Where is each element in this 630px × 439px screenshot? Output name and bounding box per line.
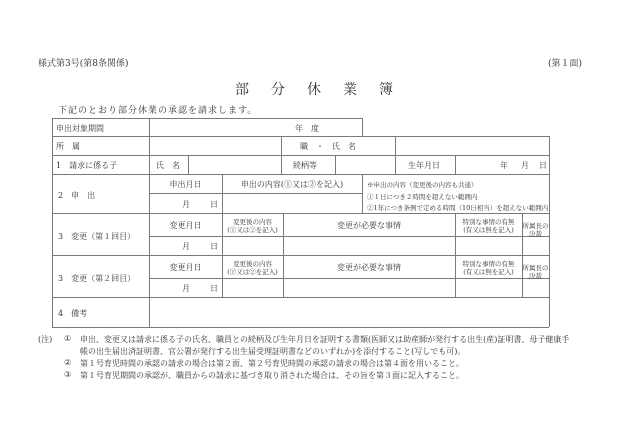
change2-date-day: 日 [210,283,218,294]
request-label: 2 申 出 [58,190,95,201]
form-number: 様式第3号(第8条関係) [38,56,128,69]
period-year-suffix: 年 度 [295,123,319,134]
change2-label: 3 変更（第２回目） [58,273,135,284]
table-border [281,136,282,155]
table-border [52,255,549,256]
change1-special-header-line2: (有又は無を記入) [463,226,514,234]
change1-content-input[interactable] [222,236,283,255]
change2-special-input[interactable] [455,278,522,297]
change2-reason-header: 変更が必要な事情 [283,262,455,273]
note-2-line1: 第１号育児時間の承認の請求の場合は第２面、第２号育児時間の承認の請求の場合は第４… [80,358,464,369]
dob-year: 年 [500,160,508,171]
table-border [549,136,550,327]
note-3-num: ③ [64,370,71,379]
request-note-2: ①１日につき２時間を超えない範囲内 [367,193,477,201]
change1-date-month: 月 [182,241,190,252]
page-label: (第１面) [548,56,582,69]
request-content-header: 申出の内容(①又は②を記入) [222,179,362,190]
affiliation-label: 所 属 [56,141,80,152]
dob-month: 月 [521,160,529,171]
change1-content-header: 変更後の内容(①又は②を記入) [222,218,283,234]
change1-reason-header: 変更が必要な事情 [283,220,455,231]
change2-content-header-line1: 変更後の内容 [233,260,272,268]
change2-content-header: 変更後の内容(①又は②を記入) [222,260,283,276]
table-border [362,118,363,136]
title-char: 簿 [379,79,395,99]
request-date-month: 月 [182,199,190,210]
note-1-num: ① [64,334,71,343]
change1-special-header: 特別な事情の有無(有又は無を記入) [455,218,522,234]
change2-date-header: 変更月日 [149,262,222,273]
table-border [52,174,549,175]
period-input[interactable] [149,118,362,136]
notes-prefix: (注) [38,334,52,345]
change1-date-day: 日 [210,241,218,252]
change1-content-header-line1: 変更後の内容 [233,218,272,226]
table-border [362,174,363,213]
relation-label: 続柄等 [293,160,317,171]
period-label: 申出対象期間 [56,123,104,134]
child-name-input[interactable] [188,155,281,174]
change1-reason-input[interactable] [283,236,455,255]
position-name-label: 職 ・ 氏 名 [300,141,356,152]
note-1-line1: 申出、変更又は請求に係る子の氏名、職員との続柄及び生年月日を証明する書類(医師又… [80,334,569,345]
note-3-line1: 第１号育児期間の承認が、職員からの請求に基づき取り消された場合は、その旨を第３面… [80,370,464,381]
note-2-num: ② [64,358,71,367]
request-date-header: 申出月日 [149,179,222,190]
title-char: 業 [343,79,359,99]
child-label: 1 請求に係る子 [56,160,117,171]
change2-decision-input[interactable] [522,278,549,297]
change2-special-header: 特別な事情の有無(有又は無を記入) [455,260,522,276]
request-date-day: 日 [210,199,218,210]
table-border [52,213,549,214]
dob-day: 日 [539,160,547,171]
page-title: 部分休業簿 [0,79,630,99]
change1-special-header-line1: 特別な事情の有無 [463,218,515,226]
table-border [281,155,282,174]
position-name-input[interactable] [395,136,549,155]
request-note-1: ※申出の内容（変更後の内容も共通） [367,181,478,189]
remarks-label: 4 備考 [58,308,87,319]
request-content-input[interactable] [222,193,362,213]
title-char: 休 [307,79,323,99]
title-char: 部 [235,79,251,99]
dob-label: 生年月日 [408,160,440,171]
change2-date-month: 月 [182,283,190,294]
change2-reason-input[interactable] [283,278,455,297]
title-char: 分 [271,79,287,99]
change2-special-header-line1: 特別な事情の有無 [463,260,515,268]
table-border [395,155,396,174]
intro-text: 下記のとおり部分休業の承認を請求します。 [58,103,257,116]
note-1-line2: 帳の出生届出済証明書、官公署が発行する出生届受理証明書などのいずれか)を添付する… [80,346,465,357]
change1-special-input[interactable] [455,236,522,255]
table-border [52,118,53,327]
table-border [52,327,549,328]
relation-input[interactable] [335,155,395,174]
change1-decision-input[interactable] [522,236,549,255]
affiliation-input[interactable] [149,136,281,155]
change1-content-header-line2: (①又は②を記入) [227,226,278,234]
remarks-input[interactable] [149,297,549,327]
change1-label: 3 変更（第１回目） [58,231,135,242]
child-name-label: 氏 名 [156,160,180,171]
change2-content-header-line2: (①又は②を記入) [227,268,278,276]
change2-content-input[interactable] [222,278,283,297]
change1-date-header: 変更月日 [149,220,222,231]
change2-special-header-line2: (有又は無を記入) [463,268,514,276]
request-note-3: ②1年につき条例で定める時間（10日相当）を超えない範囲内 [367,204,548,212]
